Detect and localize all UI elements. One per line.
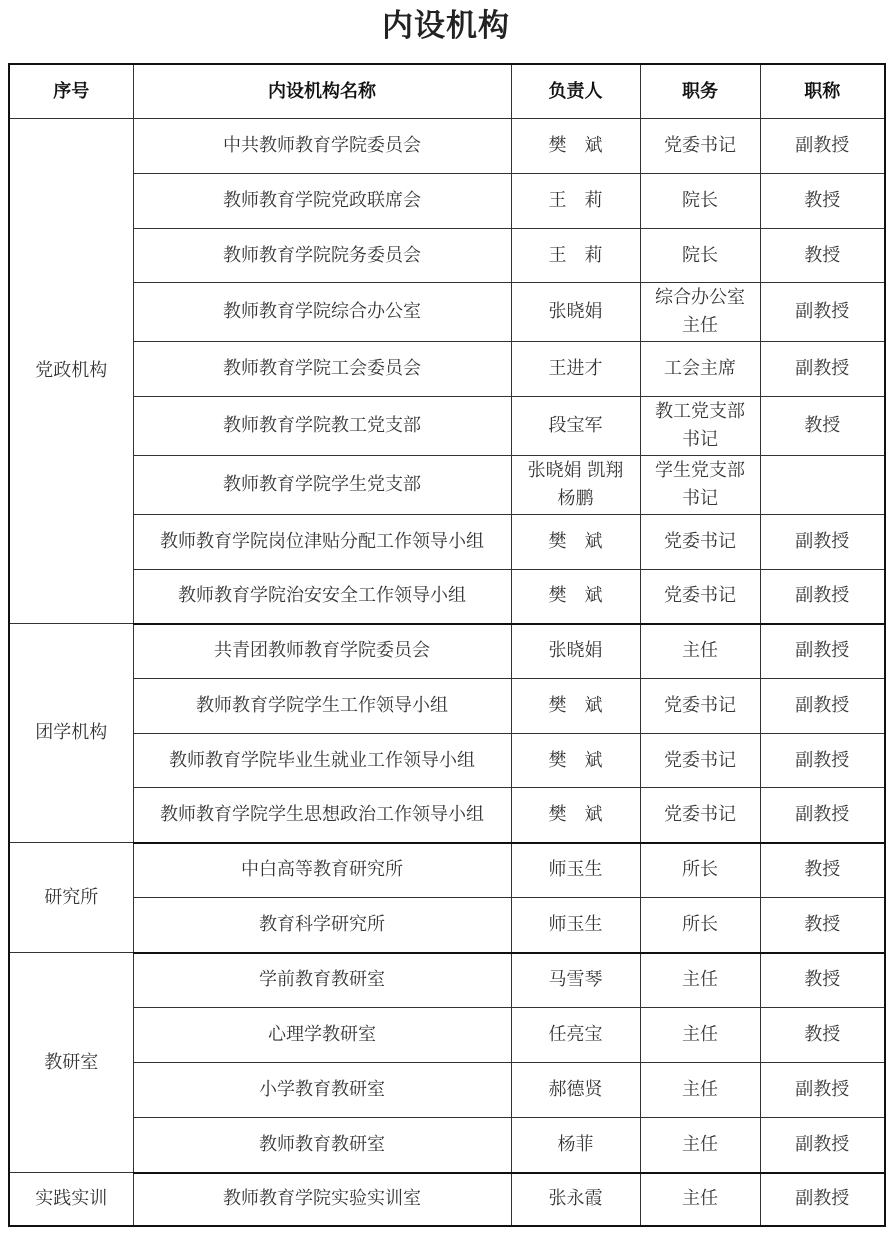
org-name-cell: 教师教育教研室 (133, 1118, 511, 1173)
table-row: 教育科学研究所师玉生所长教授 (9, 898, 885, 953)
org-name-cell: 中共教师教育学院委员会 (133, 119, 511, 174)
rank-cell: 教授 (760, 397, 885, 456)
leader-cell: 樊 斌 (511, 788, 640, 843)
position-cell: 院长 (640, 174, 760, 229)
page-title: 内设机构 (0, 4, 892, 48)
table-row: 实践实训教师教育学院实验实训室张永霞主任副教授 (9, 1173, 885, 1226)
org-name-cell: 教师教育学院党政联席会 (133, 174, 511, 229)
leader-cell: 樊 斌 (511, 679, 640, 734)
leader-cell: 杨菲 (511, 1118, 640, 1173)
leader-cell: 樊 斌 (511, 119, 640, 174)
org-name-cell: 教师教育学院院务委员会 (133, 229, 511, 283)
org-name-cell: 教师教育学院教工党支部 (133, 397, 511, 456)
rank-cell: 副教授 (760, 342, 885, 397)
rank-cell: 副教授 (760, 1118, 885, 1173)
rank-cell: 副教授 (760, 788, 885, 843)
org-name-cell: 教师教育学院综合办公室 (133, 283, 511, 342)
category-cell: 团学机构 (9, 624, 133, 843)
position-cell: 主任 (640, 1008, 760, 1063)
table-row: 党政机构中共教师教育学院委员会樊 斌党委书记副教授 (9, 119, 885, 174)
position-cell: 学生党支部 书记 (640, 456, 760, 515)
org-name-cell: 心理学教研室 (133, 1008, 511, 1063)
header-index: 序号 (9, 64, 133, 119)
header-row: 序号 内设机构名称 负责人 职务 职称 (9, 64, 885, 119)
leader-cell: 樊 斌 (511, 570, 640, 624)
leader-cell: 任亮宝 (511, 1008, 640, 1063)
position-cell: 主任 (640, 1063, 760, 1118)
org-name-cell: 教师教育学院岗位津贴分配工作领导小组 (133, 515, 511, 570)
leader-cell: 段宝军 (511, 397, 640, 456)
table-row: 研究所中白高等教育研究所师玉生所长教授 (9, 843, 885, 898)
leader-cell: 师玉生 (511, 843, 640, 898)
leader-cell: 樊 斌 (511, 515, 640, 570)
org-name-cell: 教师教育学院工会委员会 (133, 342, 511, 397)
leader-cell: 樊 斌 (511, 734, 640, 788)
rank-cell: 教授 (760, 843, 885, 898)
table-row: 教师教育学院岗位津贴分配工作领导小组樊 斌党委书记副教授 (9, 515, 885, 570)
table-row: 教师教育学院党政联席会王 莉院长教授 (9, 174, 885, 229)
rank-cell: 副教授 (760, 283, 885, 342)
table-row: 教师教育学院治安安全工作领导小组樊 斌党委书记副教授 (9, 570, 885, 624)
category-cell: 教研室 (9, 953, 133, 1173)
leader-cell: 张永霞 (511, 1173, 640, 1226)
rank-cell: 副教授 (760, 624, 885, 679)
table-row: 教师教育学院学生思想政治工作领导小组樊 斌党委书记副教授 (9, 788, 885, 843)
rank-cell: 副教授 (760, 515, 885, 570)
org-name-cell: 教育科学研究所 (133, 898, 511, 953)
leader-cell: 张晓娟 凯翔 杨鹏 (511, 456, 640, 515)
table-body: 党政机构中共教师教育学院委员会樊 斌党委书记副教授教师教育学院党政联席会王 莉院… (9, 119, 885, 1226)
org-name-cell: 教师教育学院学生思想政治工作领导小组 (133, 788, 511, 843)
leader-cell: 王 莉 (511, 229, 640, 283)
position-cell: 所长 (640, 843, 760, 898)
org-name-cell: 小学教育教研室 (133, 1063, 511, 1118)
rank-cell: 副教授 (760, 734, 885, 788)
category-cell: 实践实训 (9, 1173, 133, 1226)
table-row: 教师教育学院院务委员会王 莉院长教授 (9, 229, 885, 283)
rank-cell: 教授 (760, 229, 885, 283)
table-row: 教师教育教研室杨菲主任副教授 (9, 1118, 885, 1173)
rank-cell: 教授 (760, 898, 885, 953)
rank-cell: 副教授 (760, 1063, 885, 1118)
header-rank: 职称 (760, 64, 885, 119)
position-cell: 所长 (640, 898, 760, 953)
leader-cell: 张晓娟 (511, 624, 640, 679)
table-row: 小学教育教研室郝德贤主任副教授 (9, 1063, 885, 1118)
table-row: 教师教育学院综合办公室张晓娟综合办公室 主任副教授 (9, 283, 885, 342)
position-cell: 党委书记 (640, 734, 760, 788)
leader-cell: 张晓娟 (511, 283, 640, 342)
table-row: 心理学教研室任亮宝主任教授 (9, 1008, 885, 1063)
org-name-cell: 教师教育学院学生工作领导小组 (133, 679, 511, 734)
org-name-cell: 共青团教师教育学院委员会 (133, 624, 511, 679)
rank-cell: 教授 (760, 953, 885, 1008)
rank-cell: 副教授 (760, 570, 885, 624)
table-row: 教研室学前教育教研室马雪琴主任教授 (9, 953, 885, 1008)
rank-cell: 副教授 (760, 119, 885, 174)
position-cell: 教工党支部 书记 (640, 397, 760, 456)
position-cell: 党委书记 (640, 788, 760, 843)
table-row: 教师教育学院教工党支部段宝军教工党支部 书记教授 (9, 397, 885, 456)
position-cell: 主任 (640, 953, 760, 1008)
table-row: 教师教育学院毕业生就业工作领导小组樊 斌党委书记副教授 (9, 734, 885, 788)
org-name-cell: 中白高等教育研究所 (133, 843, 511, 898)
leader-cell: 马雪琴 (511, 953, 640, 1008)
header-name: 内设机构名称 (133, 64, 511, 119)
position-cell: 主任 (640, 1118, 760, 1173)
table-row: 教师教育学院工会委员会王进才工会主席副教授 (9, 342, 885, 397)
table-row: 教师教育学院学生工作领导小组樊 斌党委书记副教授 (9, 679, 885, 734)
rank-cell: 教授 (760, 174, 885, 229)
table-row: 教师教育学院学生党支部张晓娟 凯翔 杨鹏学生党支部 书记 (9, 456, 885, 515)
org-name-cell: 学前教育教研室 (133, 953, 511, 1008)
org-table: 序号 内设机构名称 负责人 职务 职称 党政机构中共教师教育学院委员会樊 斌党委… (8, 63, 886, 1227)
leader-cell: 郝德贤 (511, 1063, 640, 1118)
header-leader: 负责人 (511, 64, 640, 119)
position-cell: 院长 (640, 229, 760, 283)
leader-cell: 师玉生 (511, 898, 640, 953)
leader-cell: 王 莉 (511, 174, 640, 229)
position-cell: 党委书记 (640, 515, 760, 570)
category-cell: 研究所 (9, 843, 133, 953)
org-name-cell: 教师教育学院学生党支部 (133, 456, 511, 515)
org-name-cell: 教师教育学院实验实训室 (133, 1173, 511, 1226)
org-name-cell: 教师教育学院毕业生就业工作领导小组 (133, 734, 511, 788)
org-name-cell: 教师教育学院治安安全工作领导小组 (133, 570, 511, 624)
rank-cell (760, 456, 885, 515)
rank-cell: 教授 (760, 1008, 885, 1063)
position-cell: 综合办公室 主任 (640, 283, 760, 342)
position-cell: 党委书记 (640, 119, 760, 174)
position-cell: 工会主席 (640, 342, 760, 397)
category-cell: 党政机构 (9, 119, 133, 624)
position-cell: 党委书记 (640, 570, 760, 624)
table-row: 团学机构共青团教师教育学院委员会张晓娟主任副教授 (9, 624, 885, 679)
header-position: 职务 (640, 64, 760, 119)
position-cell: 主任 (640, 1173, 760, 1226)
rank-cell: 副教授 (760, 1173, 885, 1226)
position-cell: 主任 (640, 624, 760, 679)
rank-cell: 副教授 (760, 679, 885, 734)
leader-cell: 王进才 (511, 342, 640, 397)
position-cell: 党委书记 (640, 679, 760, 734)
